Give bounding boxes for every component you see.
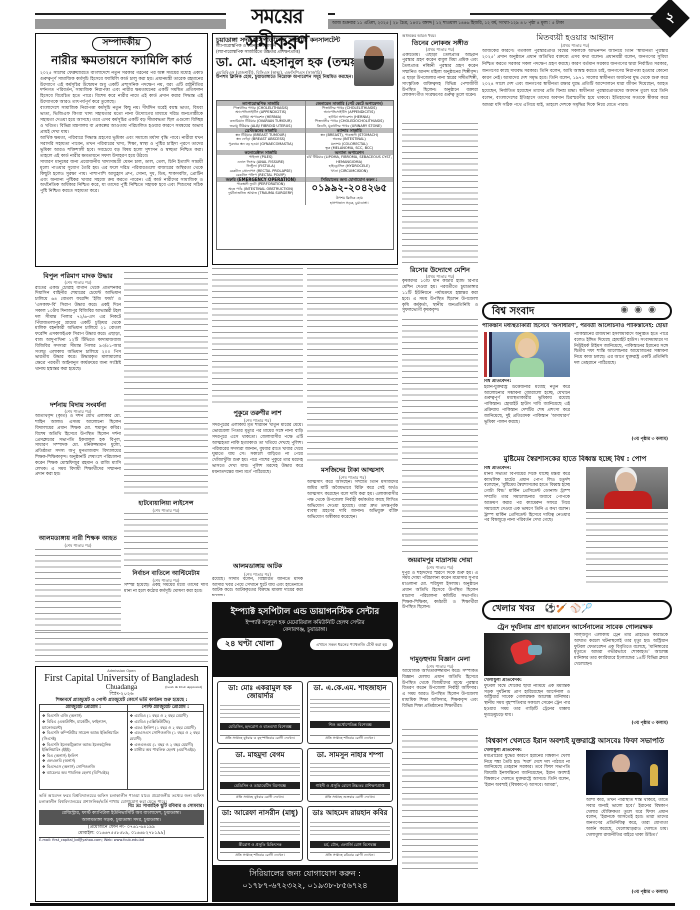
surgery-section: জরুরি (EMERGENCY OPERATION)পাকস্থলী ফুটো… — [217, 177, 306, 205]
article-headline: নির্বাচন বাতিলে আল্টিমেটাম — [124, 570, 208, 578]
sports-news-banner: খেলার খবর ⚽🏏 ⚾🏸 — [482, 600, 672, 620]
article-body: কৃষকদের ১০টি ধান কাটার হ্যান্ড রিপার মেশ… — [402, 279, 478, 319]
doctor-specialty: চর্ম, যৌন, এলার্জি রোগ বিশেষজ্ঞ — [310, 841, 390, 848]
doctor-card: ডা. মাহমুদা বেগমমেডিসিন ও ডায়াবেটিস বিশ… — [217, 748, 303, 803]
university-approval: (Govt. & UGC Approved) — [165, 686, 202, 690]
surgery-item: পুরুষের স্তন বড় হওয়া (GYNAECOMASTIA) — [217, 142, 305, 146]
doctor-specialty: গাইনী ও প্রসূতি রোগে উচ্চতর প্রশিক্ষণপ্র… — [310, 782, 390, 789]
left-column-2: হাটবোয়ালিয়া লাইসেন্স (শেষ পাতার পর) নি… — [124, 272, 208, 632]
serial-phone: ০১৯৯২-২০৪২৬৫ — [306, 182, 394, 196]
doctor-specialty: শিশু অর্থোপেডিক্স বিশেষজ্ঞ — [310, 721, 390, 728]
surgery-table: ল্যাপারোস্কপিক সার্জারিপিত্তথলির পাথর (C… — [216, 100, 394, 250]
surgery-section: জেনারেল সার্জারি (পেট কেটে অপারেশন)পিত্ত… — [306, 101, 394, 128]
masthead-rule — [470, 13, 670, 15]
article-body: ফুটবল বিশ্বে শোকের ছায়া নামিয়ে এক মর্ম… — [484, 684, 570, 719]
postgrad-programs: পোস্ট গ্র্যাজুয়েট প্রোগ্রাম : ❖ এমবিএ (… — [128, 705, 203, 789]
frugal-article: মিতব্যয়ী হওয়ার আহ্বান (প্রথম পাতার পর)… — [482, 33, 668, 298]
doctor-name: ডা: মোঃ একরামুল হক জোয়ার্দার — [220, 684, 300, 700]
surgeon-ad: চুয়াডাঙ্গা সদর হাসপাতালের সার্জারি কনসা… — [212, 33, 398, 265]
open-24h-badge: ২৪ ঘণ্টা খোলা — [217, 638, 282, 650]
sports-icons: ⚽🏏 ⚾🏸 — [545, 604, 593, 616]
goalkeeper-photo — [484, 633, 570, 676]
article-body: পাকিস্তানের রাজধানী ইসলামাবাদে অনুষ্ঠিত … — [574, 332, 668, 437]
editorial-label: সম্পাদকীয় — [92, 37, 152, 51]
article-headline: বিপুল পরিমাণ মাদক উদ্ধার — [35, 272, 121, 280]
article-body: আয়োজক আখতারুজ্জামান করে। সম্পর্কিত বিজ্… — [402, 669, 478, 729]
editorial-body: ২০২৫ সালের ফেব্রুয়ারিতে বাংলাদেশে নতুন … — [40, 71, 203, 271]
editorial-box: সম্পাদকীয় নারীর ক্ষমতায়নে ফ্যামিলি কার… — [35, 33, 208, 267]
program-item: ❖ ব্যাচেলর অব পাবলিক হেলথ (বিপিএইচ) — [42, 770, 125, 776]
impact-contact-bar: সিরিয়ালের জন্য যোগাযোগ করুন : ০১৭৮৭-৬৭২… — [213, 865, 397, 901]
mid-column-2: মসজিদের টাকা আত্মসাৎ (শেষ পাতার পর) আত্ম… — [307, 268, 398, 596]
article-body: আশা করি, তখন পরিস্থিতি শান্ত থাকবে, তাতে… — [586, 798, 668, 890]
article-body: আত্মসাৎ করে আসছেন। সম্প্রতি তিনি মসজিদের… — [307, 480, 398, 590]
doctor-schedule: প্রতি সপ্তাহে শনিবার রোগী দেখেন। — [310, 735, 390, 741]
article-body: একাডেমি। এছাড়া তৈলপ্রাপ্ত আহ্বান পুরস্ক… — [402, 53, 478, 123]
doctor-card: ডাঃ আহমেদ রায়হান কবিরচর্ম, যৌন, এলার্জি… — [307, 806, 393, 861]
doctor-schedule: প্রতি সপ্তাহে রবিবার রোগী দেখেন। — [310, 852, 390, 858]
doctor-name: ডা. সামসুন নাহার শম্পা — [310, 751, 390, 759]
press-secretary-photo — [484, 332, 570, 377]
surgery-item: দুর্ঘটনাজনিত আঘাত (TRAUMA SURGERY) — [217, 191, 305, 195]
doctor-card: ডা. সামসুন নাহার শম্পাগাইনী ও প্রসূতি রো… — [307, 748, 393, 803]
article-headline: দর্শনায় বিদায় সংবর্ধনা — [35, 401, 121, 409]
bottom-rule — [30, 903, 675, 906]
fifa-president-photo — [586, 750, 668, 795]
article-body — [124, 513, 208, 568]
article-headline: দামুড়হুদায় বিজ্ঞান মেলা — [402, 656, 478, 664]
dateline: আজ শুক্রবার ১১ এপ্রিল, ২০২৫ | ২৮ চৈত্র, … — [332, 21, 564, 27]
surgery-section: অন্যান্য অপারেশনচর্বি টিউমার (LIPOMA, FI… — [306, 150, 394, 177]
article-headline: রিসোর উদ্যোগে মেশিন — [402, 266, 478, 274]
surgery-item: পিত্তনালীর পাথর (CHOLEDOCHOLITHIASIS) — [306, 119, 394, 123]
university-ad: Admission Open First Capital University … — [35, 666, 208, 902]
doctor-schedule: প্রতি সপ্তাহে বুধবার ও বৃহস্পতিবার রোগী … — [220, 735, 300, 741]
impact-contact-phones: ০১৭৮৭-৬৭২৩২২, ০১৯৩৮-৮৫৬৭২৪ — [213, 881, 397, 891]
impact-ad-header: ইম্প্যাক্ট হসপিটাল এন্ড ডায়াগনস্টিক সেন… — [213, 603, 397, 677]
doctor-name: ডা: আরেফা নাসরীন (মাধু) — [220, 809, 300, 817]
article-body-continued — [212, 268, 303, 406]
article-body: অতিথিবৃন্দ (কৃতি) ও দর্শন যৌথ এলাকার মো.… — [35, 414, 121, 532]
doctor-name: ডাঃ আহমেদ রায়হান কবির — [310, 809, 390, 817]
article-body: সাল্জবুর্গ এলাকায় ট্রেন তার প্রাইভেট কা… — [574, 633, 668, 721]
sports-headline-2: বিশ্বকাপ খেলতে ইরান অবশ্যই যুক্তরাষ্ট্রে… — [482, 737, 668, 746]
article-headline: জয়রামপুর মাদ্রাসায় দোয়া — [402, 557, 478, 565]
article-body: দুপুর ও শহীদদের স্মরণে দিকে শুরু হয়। এ … — [402, 571, 478, 653]
program-item: ❖ মাস্টার অব পাবলিক হেলথ (এমপিএইচ) — [130, 747, 201, 753]
globe-icons: ◉◉◉ — [620, 305, 662, 317]
surgery-section: ব্রেস্ট/স্তনের সার্জারিস্তন টিউমার (BREA… — [217, 128, 306, 151]
article-headline: তিনের লোকজ সঙ্গীত — [402, 39, 478, 47]
world-headline-1: পাকিস্তান মধ্যস্থতাকারী হিসেবে 'অসাধারণ'… — [482, 323, 668, 330]
doctor-specialty: স্ত্রীরোগ ও প্রসূতি চিকিৎসক — [220, 841, 300, 848]
article-headline: মিতব্যয়ী হওয়ার আহ্বান — [482, 33, 668, 43]
article-body-continued — [307, 268, 398, 463]
article-body — [35, 549, 121, 633]
program-item: ❖ বিএসসি ইলেকট্রিক্যাল অ্যান্ড ইলেকট্রনি… — [42, 742, 125, 753]
doctor-schedule: প্রতি সপ্তাহে শুক্রবার রোগী দেখেন। — [310, 794, 390, 800]
serial-contact: সিরিয়ালের জন্য যোগাযোগ করুন : ০১৯৯২-২০৪… — [306, 177, 394, 205]
article-body: মানব সভ্যতা বিপর্যয়ের দিকে যাচ্ছে মন্তব… — [484, 472, 570, 524]
university-email-link[interactable]: E-mail: first_capital_bd@yahoo.com; Web:… — [39, 837, 204, 843]
doctor-grid: ডা: মোঃ একরামুল হক জোয়ার্দারমেডিসিন, হৃ… — [213, 677, 397, 865]
sports-headline-1: ট্রেন দুর্ঘটনায় প্রাণ হারালেন আর্সেনালে… — [482, 623, 668, 632]
article-headline: মসজিদের টাকা আত্মসাৎ — [307, 467, 398, 475]
surgery-section: ল্যাপারোস্কপিক সার্জারিপিত্তথলির পাথর (C… — [217, 101, 306, 128]
article-headline: পুকুরে তরুণীর লাশ — [212, 410, 303, 418]
impact-hospital-ad: ইম্প্যাক্ট হসপিটাল এন্ড ডায়াগনস্টিক সেন… — [212, 602, 398, 902]
program-item: ❖ এমএসএস সোশিওলজি (১ বছর ও ২ বছর মেয়াদী… — [130, 730, 201, 741]
mid-column-1: পুকুরে তরুণীর লাশ (শেষ পাতার পর) সদরপুরে… — [212, 268, 303, 596]
program-table: গ্র্যাজুয়েট প্রোগ্রাম : ❖ বিএসসি এজি (অ… — [39, 704, 204, 790]
tests-badge: এখানে সকল ধরনের প্যাথলজি টেস্ট করা হয় — [310, 639, 393, 650]
program-item: ❖ বিবিএ (একাউন্টিং, মার্কেটিং, ফাইন্যান্… — [42, 719, 125, 730]
surgery-section: কলোরেক্টাল সার্জারিপাইলস (PILES)এনাল ফিস… — [217, 150, 306, 177]
grad-program-list: ❖ বিএসসি এজি (অনার্স)❖ বিবিএ (একাউন্টিং,… — [40, 712, 127, 776]
article-body: সদরপুরের এলাকায় মৃত শারমিন খাতুন মীরের … — [212, 423, 303, 561]
article-headline: হাটবোয়ালিয়া লাইসেন্স — [124, 500, 208, 508]
doctor-specialty: মেডিসিন, হৃদরোগ ও বাতব্যথা বিশেষজ্ঞ — [220, 723, 300, 730]
article-body: রাতের একটি চোরাই বাগান থেকে প্রতিশনকর দি… — [35, 286, 121, 398]
surgery-section: ক্যান্সার সার্জারিস্তন (BREAST), পাকস্থল… — [306, 128, 394, 151]
article-body: ইরান-যুক্তরাষ্ট্র উত্তেজনার মধ্যেই নতুন … — [484, 385, 570, 426]
newspaper-logo: সময়ের সমীকরণ — [226, 3, 328, 29]
masthead: সময়ের সমীকরণ আজ শুক্রবার ১১ এপ্রিল, ২০২… — [0, 0, 700, 34]
surgery-item: চর্বি টিউমার (LIPOMA, FIBROMA, SEBACEOUS… — [306, 155, 394, 164]
left-column-1: বিপুল পরিমাণ মাদক উদ্ধার (শেষ পাতার পর) … — [35, 272, 121, 632]
doctor-schedule: প্রতি সপ্তাহে বুধবার রোগী দেখেন। — [220, 794, 300, 800]
editorial-headline: নারীর ক্ষমতায়নে ফ্যামিলি কার্ড — [40, 53, 203, 68]
doctor-name: ডা. এ.কে.এম. শাহজাহান — [310, 684, 390, 692]
article-headline: আলমডাঙ্গায় আটক — [212, 563, 303, 571]
article-body: আজকের কারণে। গতকাল পুরস্কারপ্রাপ্ত বিশ্ব… — [482, 49, 668, 289]
surgeon-photo — [354, 40, 394, 86]
doctor-card: ডা. এ.কে.এম. শাহজাহানশিশু অর্থোপেডিক্স ব… — [307, 681, 393, 744]
surgery-item: ওভারিয়ান টিউমার (OVARIAN TUMOUR) — [217, 119, 305, 123]
grad-programs: গ্র্যাজুয়েট প্রোগ্রাম : ❖ বিএসসি এজি (অ… — [40, 705, 128, 789]
university-contact-bar: রেজিস্ট্রার, ফার্স্ট ক্যাপিটাল ইউনিভার্স… — [39, 810, 204, 825]
postgrad-program-list: ❖ এমবিএ (১ বছর ও ২ বছর মেয়াদী)❖ এমবিএ (… — [128, 712, 203, 754]
doctor-card: ডা: মোঃ একরামুল হক জোয়ার্দারমেডিসিন, হৃ… — [217, 681, 303, 744]
column-3: আজকের আরও খবর। তিনের লোকজ সঙ্গীত (প্রথম … — [402, 33, 478, 903]
article-body-continued — [35, 632, 208, 662]
surgery-item: খৎনা (CIRCUMCISION) — [306, 169, 394, 173]
doctor-schedule: প্রতি সপ্তাহে শনিবার রোগী দেখেন। — [220, 852, 300, 858]
article-headline: আলমডাঙ্গায় নারী শিক্ষক আহত — [35, 535, 121, 543]
world-headline-2: মুষ্টিমেয় স্বৈরশাসকের হাতে বিধ্বস্ত হচ্… — [482, 455, 668, 464]
doctor-name: ডা. মাহমুদা বেগম — [220, 751, 300, 759]
article-body: মধ্যপ্রাচ্যের যুদ্ধের কারণে ইরানের বিশ্ব… — [484, 754, 570, 789]
article-body-continued — [124, 272, 208, 497]
doctor-specialty: মেডিসিন ও ডায়াবেটিস বিশেষজ্ঞ — [220, 782, 300, 789]
university-city: Chuadanga — [106, 683, 138, 691]
pope-photo — [586, 467, 668, 509]
doctor-card: ডা: আরেফা নাসরীন (মাধু)স্ত্রীরোগ ও প্রসূ… — [217, 806, 303, 861]
program-item: ❖ বিএসসি কম্পিউটার সায়েন্স অ্যান্ড ইঞ্জ… — [42, 730, 125, 741]
world-news-banner: বিশ্ব সংবাদ ◉◉◉ — [482, 302, 672, 320]
